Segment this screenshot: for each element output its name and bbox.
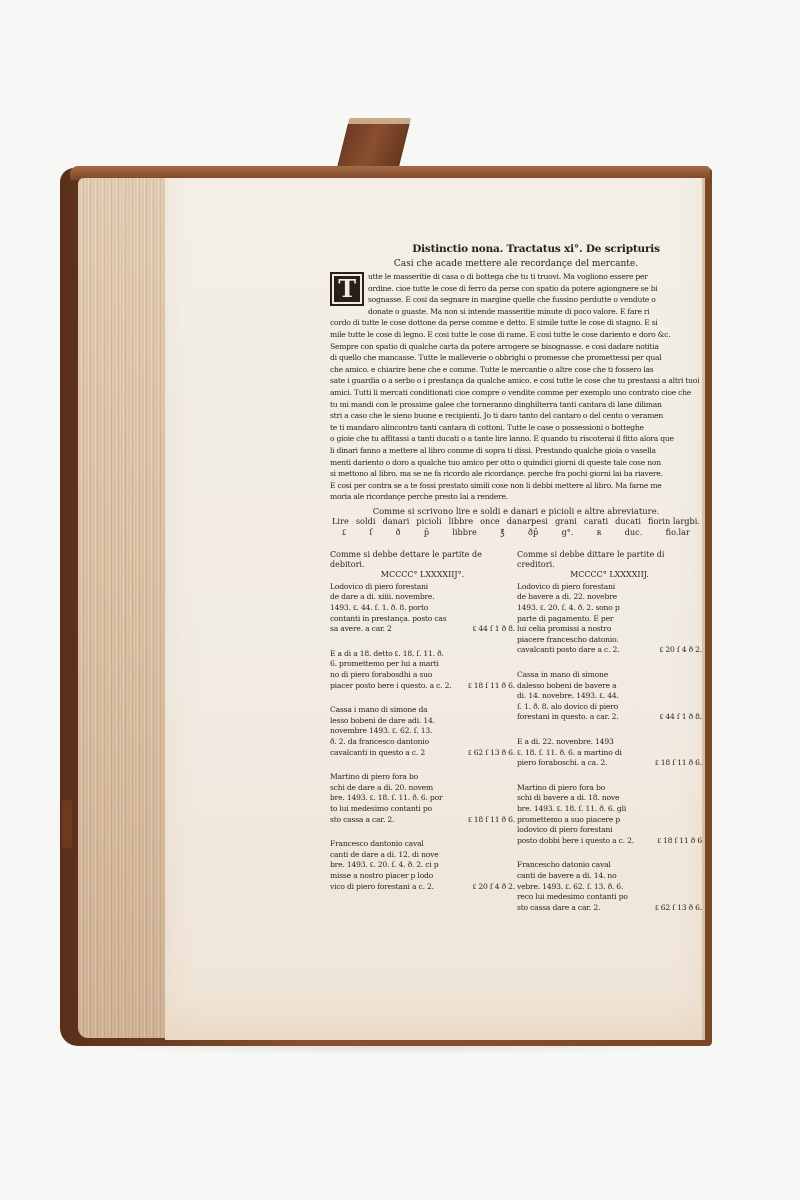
abbreviation-word: carati (584, 516, 608, 527)
entry-line: posto dobbi bere i questo a c. 2. (517, 836, 642, 847)
abbreviation-symbol: p̄ (424, 527, 429, 538)
credit-column: Comme si debbe dittare le partite di cre… (517, 550, 702, 927)
entry-line: de dare a di. xiiii. novembre. (330, 592, 455, 603)
body-line: si mettono al libro. ma se ne fa ricordo… (330, 468, 702, 480)
entry-line: canti de bavere a di. 14. no (517, 871, 642, 882)
credit-entries: Lodovico di piero forestanide bavere a d… (517, 582, 702, 913)
entry-line: vico di piero forestani a c. 2. (330, 882, 455, 893)
credit-heading: Comme si debbe dittare le partite di cre… (517, 550, 702, 570)
body-line: E cosi per contra se a te fossi prestato… (330, 480, 702, 492)
abbreviations-title: Comme si scrivono lire e soldi e danari … (330, 506, 702, 516)
abbreviation-symbol: ʀ (597, 527, 602, 538)
abbreviation-word: soldi (356, 516, 376, 527)
entry-line: sto cassa a car. 2. (330, 815, 455, 826)
ledger-entry: Lodovico di piero forestanide dare a di.… (330, 582, 515, 635)
credit-year: MCCCC° LXXXXIIJ. (517, 570, 702, 580)
abbreviation-symbol: ð (396, 527, 401, 538)
entry-line: cavalcanti in questo a c. 2 (330, 748, 455, 759)
abbreviation-symbol: libbre (452, 527, 476, 538)
entry-line: bre. 1493. ₤. 20. ſ. 4. ð. 2. ci p (330, 860, 455, 871)
abbreviation-word: Lire (332, 516, 349, 527)
abbreviation-word: picioli (416, 516, 441, 527)
entry-line: 6. promettemo per lui a marti (330, 659, 455, 670)
debit-entries: Lodovico di piero forestanide dare a di.… (330, 582, 515, 892)
entry-amount: ₤ 62 ſ 13 ð 6. (468, 748, 515, 759)
entry-line: schi di bavere a di. 18. nove (517, 793, 642, 804)
entry-line: Francesco dantonio caval (330, 839, 455, 850)
entry-line: de bavere a di. 22. novebre (517, 592, 642, 603)
entry-line: contanti in prestança. posto cas (330, 614, 455, 625)
entry-line: lui celia promissi a nostro (517, 624, 642, 635)
entry-line: ₤. 18. ſ. 11. ð. 6. a martino di (517, 748, 642, 759)
ledger-entry: Martino di piero fora boschi di bavere a… (517, 783, 702, 847)
ledger-entry: Francescho datonio cavalcanti de bavere … (517, 860, 702, 913)
body-line: utte le masseritie di casa o di bottega … (330, 271, 702, 283)
ledger-entry: E a di. 22. novenbre. 1493₤. 18. ſ. 11. … (517, 737, 702, 769)
abbreviation-symbol: fio.lar (666, 527, 690, 538)
entry-line: parte di pagamento. E per (517, 614, 642, 625)
abbreviation-symbol: ₤ (342, 527, 346, 538)
entry-text: Martino di piero fora boschi de dare a d… (330, 772, 455, 825)
abbreviation-word: grani (555, 516, 577, 527)
body-line: sate i guardia o a serbo o i prestança d… (330, 375, 702, 387)
body-line: li dinari fanno a mettere al libro comme… (330, 445, 702, 457)
entry-line: piero foraboschi. a ca. 2. (517, 758, 642, 769)
body-line: o gioie che tu affitassi a tanti ducati … (330, 433, 702, 445)
entry-line: dalesso bobeni de bavere a (517, 681, 642, 692)
body-line: te ti mandaro alincontro tanti cantara d… (330, 422, 702, 434)
body-line: ordine. cioe tutte le cose di ferro da p… (330, 283, 702, 295)
entry-amount: ₤ 18 ſ 11 ð 6. (468, 815, 515, 826)
entry-amount: ₤ 20 ſ 4 ð 2. (660, 645, 702, 656)
entry-line: sto cassa dare a car. 2. (517, 903, 642, 914)
entry-line: misse a nostro piacer p lodo (330, 871, 455, 882)
entry-line: 1493. ₤. 20. ſ. 4. ð. 2. sono p (517, 603, 642, 614)
body-line: menti dariento o doro a qualche tuo amic… (330, 457, 702, 469)
entry-line: no di piero forabosdhi a suo (330, 670, 455, 681)
ledger-entry: Cassa i mano di simone dalesso bobeni de… (330, 705, 515, 758)
entry-line: bre. 1493. ₤. 18. ſ. 11. ð. 6. por (330, 793, 455, 804)
running-head: Distinctio nona. Tractatus xi°. De scrip… (370, 243, 702, 255)
abbreviation-words: Liresoldidanaripiciolilibbreoncedanarpes… (330, 516, 702, 527)
entry-amount: ₤ 18 ſ 11 ð 6. (655, 758, 702, 769)
entry-line: piacer posto bere i questo. a c. 2. (330, 681, 455, 692)
body-line: di quello che mancasse. Tutte le malleve… (330, 352, 702, 364)
entry-text: E a di. 22. novenbre. 1493₤. 18. ſ. 11. … (517, 737, 642, 769)
entry-line: lodovico di piero forestani (517, 825, 642, 836)
body-line: donate o guaste. Ma non si intende masse… (330, 306, 702, 318)
entry-text: Francescho datonio cavalcanti de bavere … (517, 860, 642, 913)
entry-amount: ₤ 20 ſ 4 ð 2. (473, 882, 515, 893)
abbreviation-symbol: duc. (625, 527, 643, 538)
body-line: amici. Tutti li mercati conditionati cio… (330, 387, 702, 399)
entry-text: Martino di piero fora boschi di bavere a… (517, 783, 642, 847)
abbreviation-symbols: ₤ſðp̄libbre℥ðp̄g°.ʀduc.fio.lar (330, 527, 702, 538)
entry-line: canti de dare a di. 12. di nove (330, 850, 455, 861)
debit-heading: Comme si debbe dettare le partite de deb… (330, 550, 515, 570)
ledger-entry: Cassa in mano di simonedalesso bobeni de… (517, 670, 702, 723)
clasp-remnant (62, 800, 72, 848)
entry-text: Francesco dantonio cavalcanti de dare a … (330, 839, 455, 892)
abbreviation-word: ducati (615, 516, 641, 527)
page-fore-edge-shade (78, 178, 168, 1038)
entry-line: E a di. 22. novenbre. 1493 (517, 737, 642, 748)
entry-line: ſ. 1. ð. 8. alo dovico di piero (517, 702, 642, 713)
abbreviation-symbol: ſ (369, 527, 372, 538)
entry-text: Cassa in mano di simonedalesso bobeni de… (517, 670, 642, 723)
entry-line: promettemo a suo piacere p (517, 815, 642, 826)
body-line: cordo di tutte le cose dottone da perse … (330, 317, 702, 329)
entry-line: Cassa i mano di simone da (330, 705, 455, 716)
entry-amount: ₤ 18 ſ 11 ð 6 (657, 836, 702, 847)
debit-column: Comme si debbe dettare le partite de deb… (330, 550, 515, 927)
entry-amount: ₤ 62 ſ 13 ð 6. (655, 903, 702, 914)
entry-line: bre. 1493. ₤. 18. ſ. 11. ð. 6. gli (517, 804, 642, 815)
body-paragraph: T utte le masseritie di casa o di botteg… (330, 271, 702, 503)
entry-line: Martino di piero fora bo (517, 783, 642, 794)
body-line: mile tutte le cose di legno. E cosi tutt… (330, 329, 702, 341)
abbreviation-symbol: ðp̄ (528, 527, 538, 538)
abbreviation-symbol: ℥ (500, 527, 505, 538)
entry-line: ð. 2. da francesco dantonio (330, 737, 455, 748)
abbreviation-word: once (480, 516, 500, 527)
ledger-entry: Lodovico di piero forestanide bavere a d… (517, 582, 702, 656)
entry-line: schi de dare a di. 20. novem (330, 783, 455, 794)
entry-line: E a di a 18. detto ₤. 18. ſ. 11. ð. (330, 649, 455, 660)
body-line: che amico. e chiarire bene che e comme. … (330, 364, 702, 376)
entry-text: Cassa i mano di simone dalesso bobeni de… (330, 705, 455, 758)
entry-line: piacere francescho datonio. (517, 635, 642, 646)
entry-amount: ₤ 18 ſ 11 ð 6. (468, 681, 515, 692)
abbreviation-word: danari (383, 516, 410, 527)
entry-line: sa avere. a car. 2 (330, 624, 455, 635)
entry-line: Cassa in mano di simone (517, 670, 642, 681)
entry-text: Lodovico di piero forestanide dare a di.… (330, 582, 455, 635)
entry-line: reco lui medesimo contanti po (517, 892, 642, 903)
entry-line: di. 14. novebre. 1493. ₤. 44. (517, 691, 642, 702)
entry-line: cavalcanti posto dare a c. 2. (517, 645, 642, 656)
entry-text: Lodovico di piero forestanide bavere a d… (517, 582, 642, 656)
page-text-block: Distinctio nona. Tractatus xi°. De scrip… (330, 243, 702, 927)
entry-line: Francescho datonio caval (517, 860, 642, 871)
ledger-entry: Francesco dantonio cavalcanti de dare a … (330, 839, 515, 892)
body-line: moria ale ricordançe perche presto lai a… (330, 491, 702, 503)
debit-year: MCCCC° LXXXXIIJ°. (330, 570, 515, 580)
abbreviation-word: libbre (449, 516, 473, 527)
entry-line: forestani in questo. a car. 2. (517, 712, 642, 723)
entry-amount: ₤ 44 ſ 1 ð 8. (473, 624, 515, 635)
decorated-initial: T (330, 272, 364, 306)
entry-line: lesso bobeni de dare adi. 14. (330, 716, 455, 727)
ledger-columns: Comme si debbe dettare le partite de deb… (330, 550, 702, 927)
body-line: Sempre con spatio di qualche carta da po… (330, 341, 702, 353)
entry-line: 1493. ₤. 44. ſ. 1. ð. 8. porto (330, 603, 455, 614)
body-line: stri a caso che le sieno buone e recipie… (330, 410, 702, 422)
abbreviation-symbol: g°. (561, 527, 573, 538)
entry-text: E a di a 18. detto ₤. 18. ſ. 11. ð.6. pr… (330, 649, 455, 691)
entry-line: Martino di piero fora bo (330, 772, 455, 783)
section-subhead: Casi che acade mettere ale recordançe de… (330, 259, 702, 269)
entry-line: novembre 1493. ₤. 62. ſ. 13. (330, 726, 455, 737)
ledger-entry: Martino di piero fora boschi de dare a d… (330, 772, 515, 825)
body-lines: utte le masseritie di casa o di bottega … (330, 271, 702, 503)
entry-line: to lui medesimo contanti po (330, 804, 455, 815)
entry-line: vebre. 1493. ₤. 62. ſ. 13. ð. 6. (517, 882, 642, 893)
ledger-entry: E a di a 18. detto ₤. 18. ſ. 11. ð.6. pr… (330, 649, 515, 691)
abbreviation-word: danarpesi (507, 516, 548, 527)
body-line: sognasse. E cosi da segnare in margine q… (330, 294, 702, 306)
entry-amount: ₤ 44 ſ 1 ð 8. (660, 712, 702, 723)
abbreviation-word: fiorin largbi. (648, 516, 700, 527)
entry-line: Lodovico di piero forestani (517, 582, 642, 593)
entry-line: Lodovico di piero forestani (330, 582, 455, 593)
body-line: tu mi mandi con le prossime galee che to… (330, 399, 702, 411)
